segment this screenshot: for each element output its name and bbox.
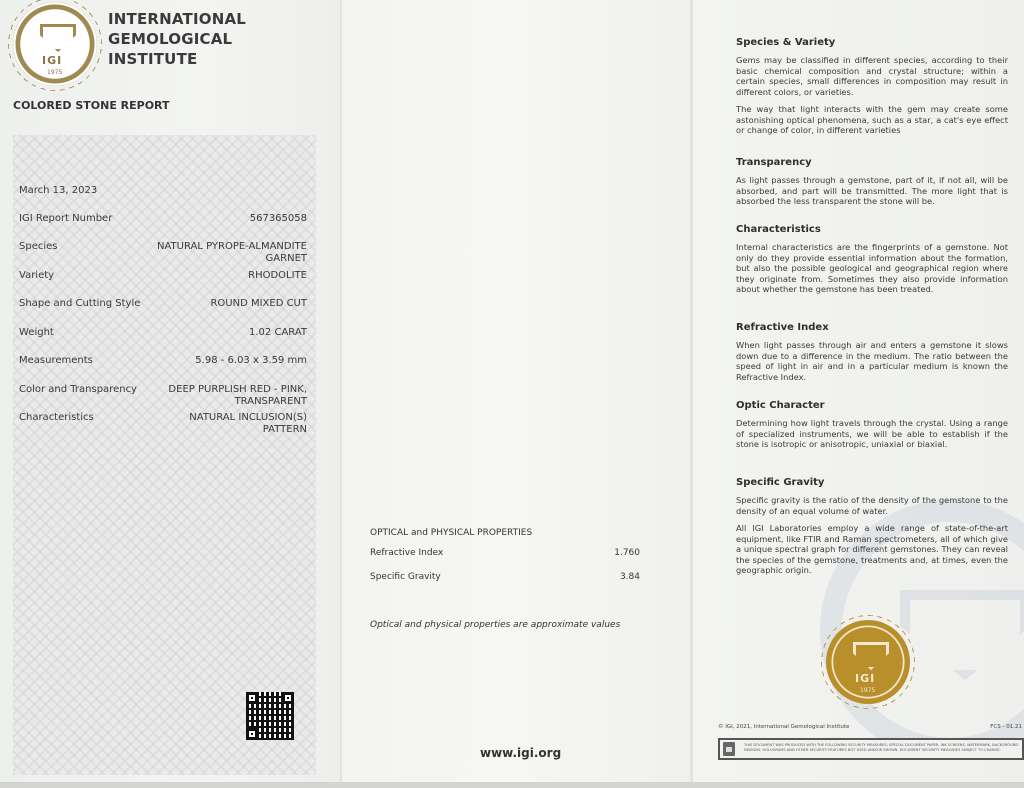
field-value: 567365058 [137, 213, 307, 225]
properties-title: OPTICAL and PHYSICAL PROPERTIES [370, 528, 532, 538]
section-paragraph: Internal characteristics are the fingerp… [736, 242, 1008, 295]
seal-year: 1975 [47, 69, 62, 76]
field-label: Species [19, 241, 58, 252]
field-label: Color and Transparency [19, 384, 137, 395]
fold-line [340, 0, 342, 782]
report-panel-middle [340, 0, 692, 782]
section-paragraph: Gems may be classified in different spec… [736, 55, 1008, 97]
property-value: 3.84 [620, 572, 640, 582]
field-value: RHODOLITE [137, 270, 307, 282]
section-title: Characteristics [736, 224, 1008, 235]
institute-name-line: INTERNATIONAL [108, 9, 246, 29]
section-title: Species & Variety [736, 37, 1008, 48]
field-label: Characteristics [19, 412, 94, 423]
diamond-icon [40, 24, 76, 52]
section-title: Optic Character [736, 400, 1008, 411]
security-pattern-background [13, 135, 316, 775]
copyright-text: © IGI, 2021, International Gemological I… [718, 724, 849, 730]
properties-note: Optical and physical properties are appr… [370, 620, 620, 630]
institute-name: INTERNATIONAL GEMOLOGICAL INSTITUTE [108, 9, 246, 69]
date-value: March 13, 2023 [19, 185, 97, 196]
qr-finder-icon [246, 692, 258, 704]
property-row: Specific Gravity 3.84 [370, 572, 640, 582]
field-label: IGI Report Number [19, 213, 112, 224]
section-paragraph: When light passes through air and enters… [736, 340, 1008, 382]
glossary-section: Transparency As light passes through a g… [736, 157, 1008, 214]
section-title: Refractive Index [736, 322, 1008, 333]
form-code: FCS - 01.21 [990, 724, 1022, 730]
seal-year: 1975 [860, 687, 875, 694]
field-value: DEEP PURPLISH RED - PINK, TRANSPARENT [137, 384, 307, 408]
section-title: Specific Gravity [736, 477, 1008, 488]
field-value: 5.98 - 6.03 x 3.59 mm [137, 355, 307, 367]
section-paragraph: Determining how light travels through th… [736, 418, 1008, 450]
document-lock-icon [723, 742, 735, 756]
qr-finder-icon [246, 728, 258, 740]
security-notice-text: This document was produced with the foll… [744, 743, 1020, 753]
property-row: Refractive Index 1.760 [370, 548, 640, 558]
igi-seal-logo: IGI 1975 [13, 2, 97, 86]
section-paragraph: All IGI Laboratories employ a wide range… [736, 523, 1008, 576]
institute-name-line: INSTITUTE [108, 49, 246, 69]
gold-seal-emblem: IGI 1975 [826, 620, 910, 704]
security-notice-box: This document was produced with the foll… [718, 738, 1024, 760]
glossary-section: Specific Gravity Specific gravity is the… [736, 477, 1008, 583]
section-paragraph: Specific gravity is the ratio of the den… [736, 495, 1008, 516]
field-label: Variety [19, 270, 54, 281]
section-title: Transparency [736, 157, 1008, 168]
glossary-section: Optic Character Determining how light tr… [736, 400, 1008, 457]
table-surface [0, 782, 1024, 788]
field-value: ROUND MIXED CUT [137, 298, 307, 310]
glossary-section: Characteristics Internal characteristics… [736, 224, 1008, 302]
property-value: 1.760 [614, 548, 640, 558]
field-value: 1.02 CARAT [137, 327, 307, 339]
fold-line [690, 0, 692, 782]
seal-text: IGI [42, 54, 62, 67]
property-label: Refractive Index [370, 548, 443, 558]
qr-finder-icon [282, 692, 294, 704]
qr-code[interactable] [246, 692, 294, 740]
section-paragraph: The way that light interacts with the ge… [736, 104, 1008, 136]
field-label: Weight [19, 327, 54, 338]
property-label: Specific Gravity [370, 572, 441, 582]
glossary-section: Refractive Index When light passes throu… [736, 322, 1008, 389]
glossary-section: Species & Variety Gems may be classified… [736, 37, 1008, 143]
section-paragraph: As light passes through a gemstone, part… [736, 175, 1008, 207]
website-link[interactable]: www.igi.org [480, 746, 561, 760]
seal-text: IGI [855, 672, 875, 685]
field-value: NATURAL PYROPE-ALMANDITE GARNET [137, 241, 307, 265]
field-label: Measurements [19, 355, 93, 366]
report-title: COLORED STONE REPORT [13, 99, 170, 112]
field-label: Shape and Cutting Style [19, 298, 140, 309]
diamond-icon [853, 642, 889, 670]
field-value: NATURAL INCLUSION(S) PATTERN [137, 412, 307, 436]
institute-name-line: GEMOLOGICAL [108, 29, 246, 49]
